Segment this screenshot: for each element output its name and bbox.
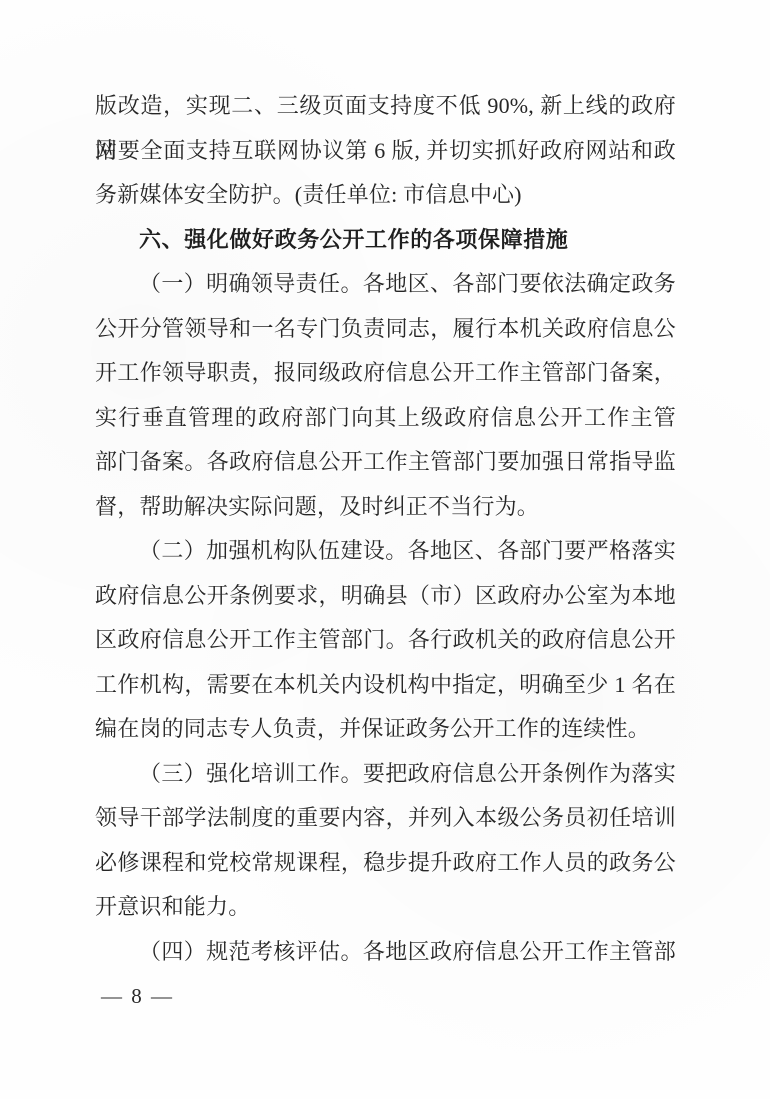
paragraph-item-2: （二）加强机构队伍建设。各地区、各部门要严格落实政府信息公开条例要求，明确县（市… xyxy=(95,529,676,752)
text-line: 六、强化做好政务公开工作的各项保障措施 xyxy=(95,218,676,263)
document-page: 版改造，实现二、三级页面支持度不低 90%, 新上线的政府网站要全面支持互联网协… xyxy=(0,0,770,1099)
text-line: （二）加强机构队伍建设。各地区、各部门要严格落实 xyxy=(95,529,676,574)
text-line: 实行垂直管理的政府部门向其上级政府信息公开工作主管 xyxy=(95,396,676,441)
text-line: 工作机构，需要在本机关内设机构中指定，明确至少 1 名在 xyxy=(95,663,676,708)
text-line: 督，帮助解决实际问题，及时纠正不当行为。 xyxy=(95,485,676,530)
text-line: 领导干部学法制度的重要内容，并列入本级公务员初任培训 xyxy=(95,796,676,841)
text-line: 开工作领导职责，报同级政府信息公开工作主管部门备案， xyxy=(95,351,676,396)
text-line: 政府信息公开条例要求，明确县（市）区政府办公室为本地 xyxy=(95,574,676,619)
paragraph-item-4: （四）规范考核评估。各地区政府信息公开工作主管部 xyxy=(95,930,676,975)
text-line: 公开分管领导和一名专门负责同志，履行本机关政府信息公 xyxy=(95,307,676,352)
paragraph-continuation: 版改造，实现二、三级页面支持度不低 90%, 新上线的政府网站要全面支持互联网协… xyxy=(95,84,676,218)
text-line: 版改造，实现二、三级页面支持度不低 90%, 新上线的政府网 xyxy=(95,84,676,129)
text-line: 区政府信息公开工作主管部门。各行政机关的政府信息公开 xyxy=(95,618,676,663)
text-line: 必修课程和党校常规课程，稳步提升政府工作人员的政务公 xyxy=(95,841,676,886)
paragraph-item-1: （一）明确领导责任。各地区、各部门要依法确定政务公开分管领导和一名专门负责同志，… xyxy=(95,262,676,529)
page-number: — 8 — xyxy=(101,984,174,1009)
text-line: 务新媒体安全防护。(责任单位: 市信息中心) xyxy=(95,173,676,218)
text-line: 编在岗的同志专人负责，并保证政务公开工作的连续性。 xyxy=(95,707,676,752)
text-line: （三）强化培训工作。要把政府信息公开条例作为落实 xyxy=(95,752,676,797)
document-content: 版改造，实现二、三级页面支持度不低 90%, 新上线的政府网站要全面支持互联网协… xyxy=(95,84,676,974)
text-line: 站要全面支持互联网协议第 6 版, 并切实抓好政府网站和政 xyxy=(95,129,676,174)
text-line: （一）明确领导责任。各地区、各部门要依法确定政务 xyxy=(95,262,676,307)
text-line: 部门备案。各政府信息公开工作主管部门要加强日常指导监 xyxy=(95,440,676,485)
text-line: 开意识和能力。 xyxy=(95,885,676,930)
text-line: （四）规范考核评估。各地区政府信息公开工作主管部 xyxy=(95,930,676,975)
section-heading: 六、强化做好政务公开工作的各项保障措施 xyxy=(95,218,676,263)
paragraph-item-3: （三）强化培训工作。要把政府信息公开条例作为落实领导干部学法制度的重要内容，并列… xyxy=(95,752,676,930)
